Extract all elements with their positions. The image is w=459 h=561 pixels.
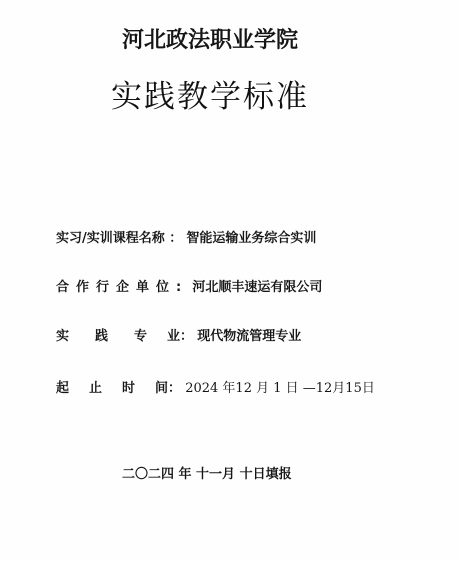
field-label-period-part4: 间：	[155, 381, 181, 396]
field-value-partner-company: 河北顺丰速运有限公司	[192, 280, 322, 295]
field-partner-company: 合作行企单位: 河北顺丰速运有限公司	[56, 280, 322, 296]
field-course-name: 实习/实训课程名称 ： 智能运输业务综合实训	[56, 231, 316, 247]
field-label-major-part2: 践	[95, 329, 108, 344]
field-major: 实践专业： 现代物流管理专业	[56, 329, 301, 345]
document-page: 河北政法职业学院 实践教学标准 实习/实训课程名称 ： 智能运输业务综合实训 合…	[0, 0, 459, 561]
field-value-major: 现代物流管理专业	[197, 329, 301, 344]
field-label-period-part3: 时	[122, 381, 135, 396]
field-label-major-part3: 专	[134, 329, 147, 344]
field-value-course-name: 智能运输业务综合实训	[186, 231, 316, 246]
field-label-period-part2: 止	[89, 381, 102, 396]
field-label-course-name: 实习/实训课程名称 ：	[56, 231, 182, 246]
field-label-major-part1: 实	[56, 329, 69, 344]
field-period: 起止时间： 2024 年12 月 1 日 —12月15日	[56, 381, 375, 397]
institution-name: 河北政法职业学院	[0, 27, 420, 53]
field-label-partner-company: 合作行企单位:	[56, 280, 188, 295]
fill-date: 二〇二四 年 十一月 十日填报	[122, 463, 292, 482]
document-title: 实践教学标准	[0, 78, 420, 116]
field-value-period: 2024 年12 月 1 日 —12月15日	[185, 381, 375, 396]
field-label-period-part1: 起	[56, 381, 69, 396]
field-label-major-part4: 业：	[167, 329, 193, 344]
